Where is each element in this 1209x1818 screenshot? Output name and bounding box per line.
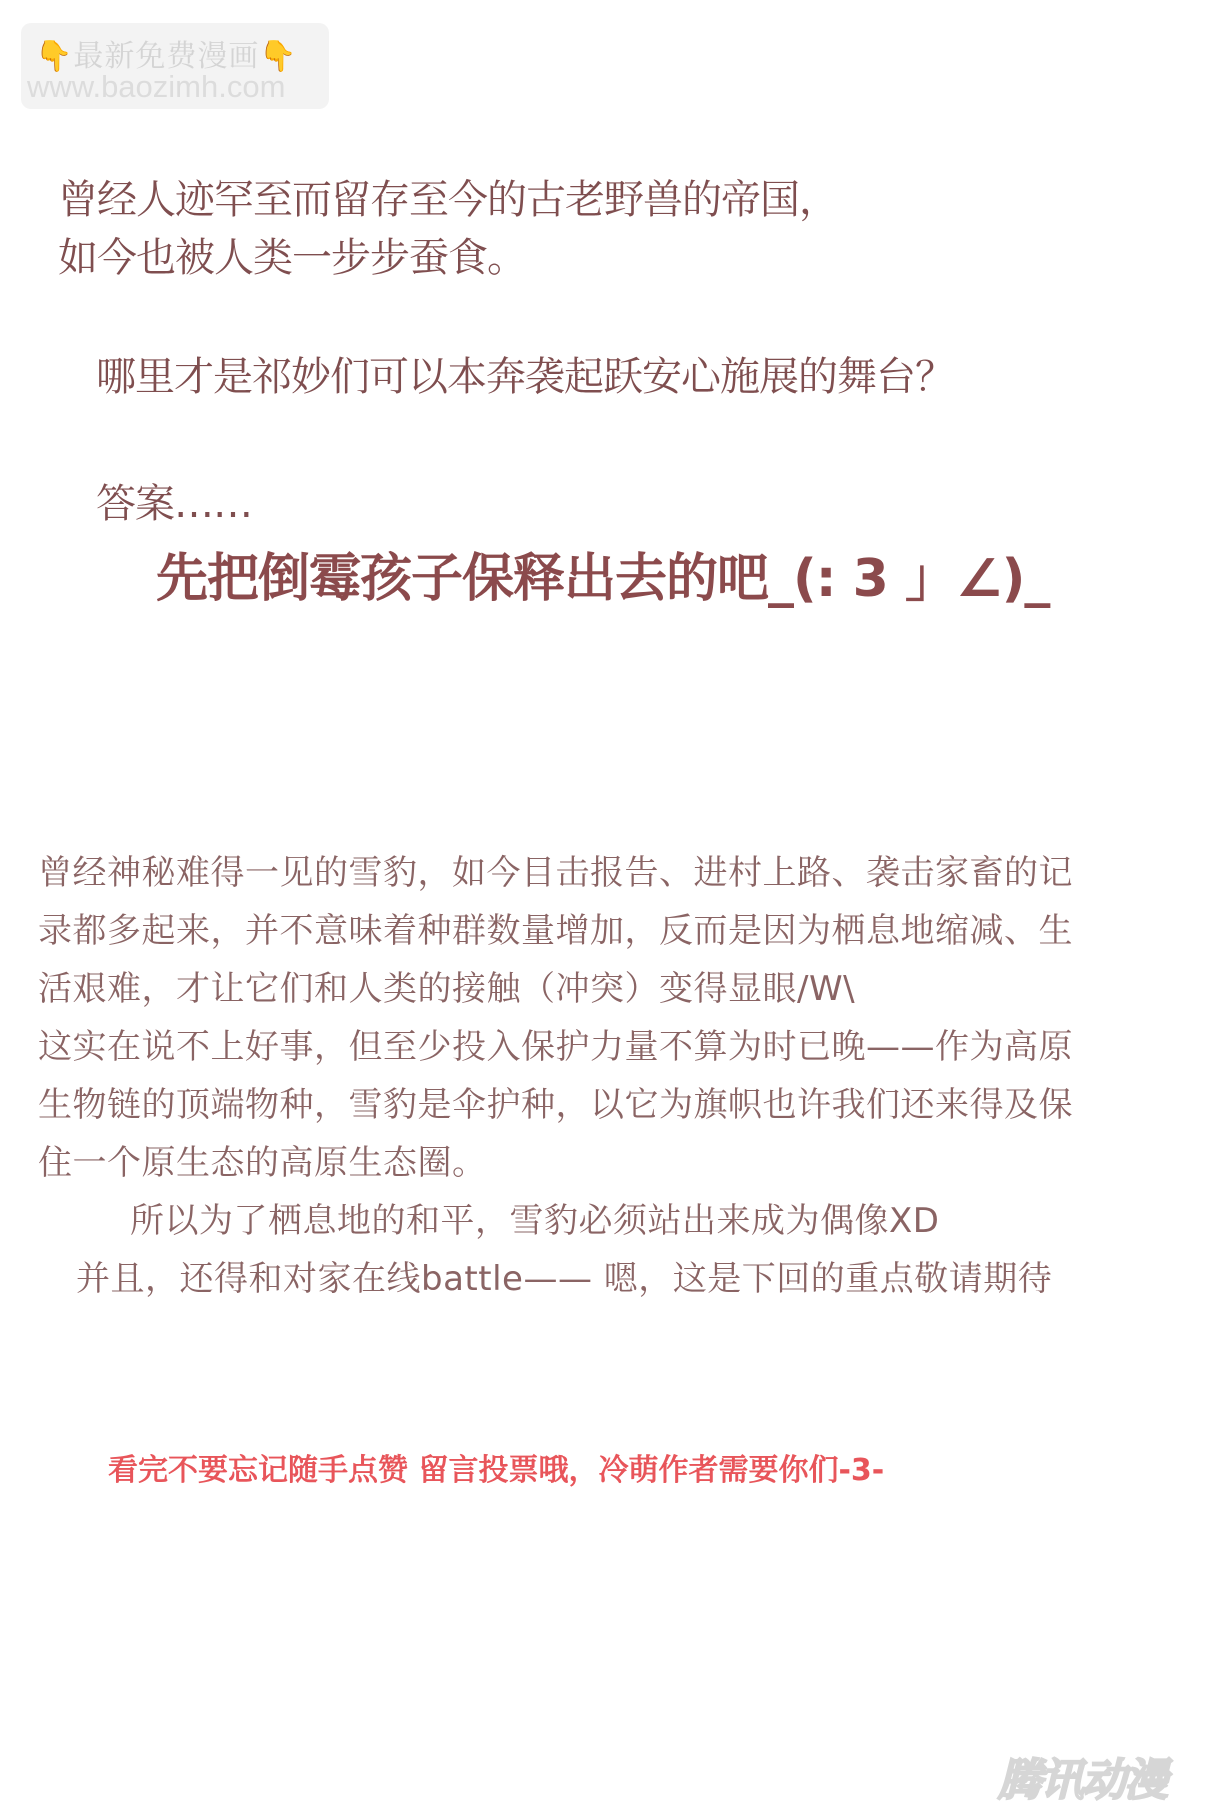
notes-line: 活艰难，才让它们和人类的接触（冲突）变得显眼/W\ <box>38 961 855 1010</box>
tencent-comics-watermark: 腾讯动漫 <box>998 1744 1186 1800</box>
answer-headline: 先把倒霉孩子保释出去的吧_(: 3 」∠)_ <box>156 536 1049 611</box>
notes-line: 住一个原生态的高原生态圈。 <box>38 1135 487 1184</box>
intro-line-1: 曾经人迹罕至而留存至今的古老野兽的帝国， <box>58 168 838 225</box>
notes-line: 并且，还得和对家在线battle—— 嗯，这是下回的重点敬请期待 <box>76 1251 1052 1300</box>
notes-line: 这实在说不上好事，但至少投入保护力量不算为时已晚——作为高原 <box>38 1019 1073 1068</box>
intro-line-2: 如今也被人类一步步蚕食。 <box>58 226 526 283</box>
footer-call-to-action: 看完不要忘记随手点赞 留言投票哦，冷萌作者需要你们-3- <box>108 1445 884 1489</box>
answer-label: 答案…… <box>96 472 252 529</box>
site-watermark-badge: 👇最新免费漫画👇 www.baozimh.com <box>21 23 329 109</box>
intro-question: 哪里才是祁妙们可以本奔袭起跃安心施展的舞台？ <box>96 345 954 402</box>
notes-line: 所以为了栖息地的和平，雪豹必须站出来成为偶像XD <box>130 1193 939 1242</box>
notes-line: 曾经神秘难得一见的雪豹，如今目击报告、进村上路、袭击家畜的记 <box>38 845 1073 894</box>
notes-line: 录都多起来，并不意味着种群数量增加，反而是因为栖息地缩减、生 <box>38 903 1073 952</box>
watermark-url: www.baozimh.com <box>27 69 285 105</box>
notes-line: 生物链的顶端物种，雪豹是伞护种，以它为旗帜也许我们还来得及保 <box>38 1077 1073 1126</box>
